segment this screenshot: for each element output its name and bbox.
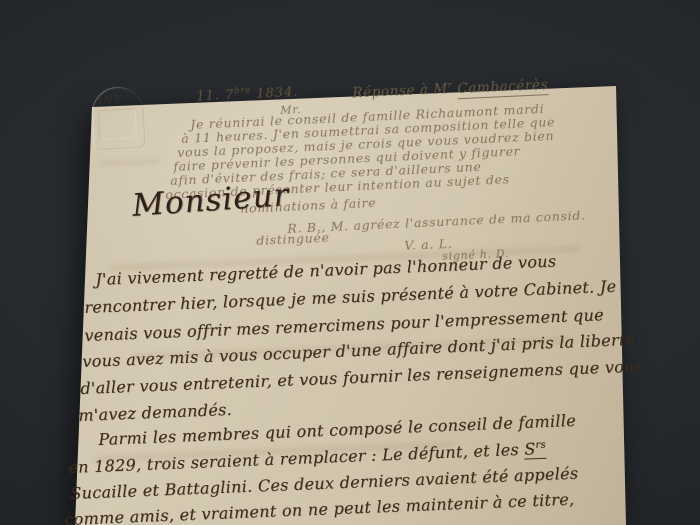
photo-background: INE 11. 7bre 1834. Réponse à Mr Cambacér… <box>0 0 700 525</box>
embossed-seal-text: INE <box>93 93 128 108</box>
embossed-seal-icon: INE <box>90 86 145 151</box>
docket-sup: r <box>447 79 452 89</box>
abbr-base: S <box>524 439 536 458</box>
date-month-sup: bre <box>234 86 251 96</box>
date-year: 1834. <box>251 85 299 102</box>
abbr-sup: rs <box>535 439 546 450</box>
embossed-seal-frame <box>98 108 138 140</box>
date-day: 11. 7 <box>196 88 235 105</box>
underlined-abbreviation: Srs <box>524 439 546 460</box>
